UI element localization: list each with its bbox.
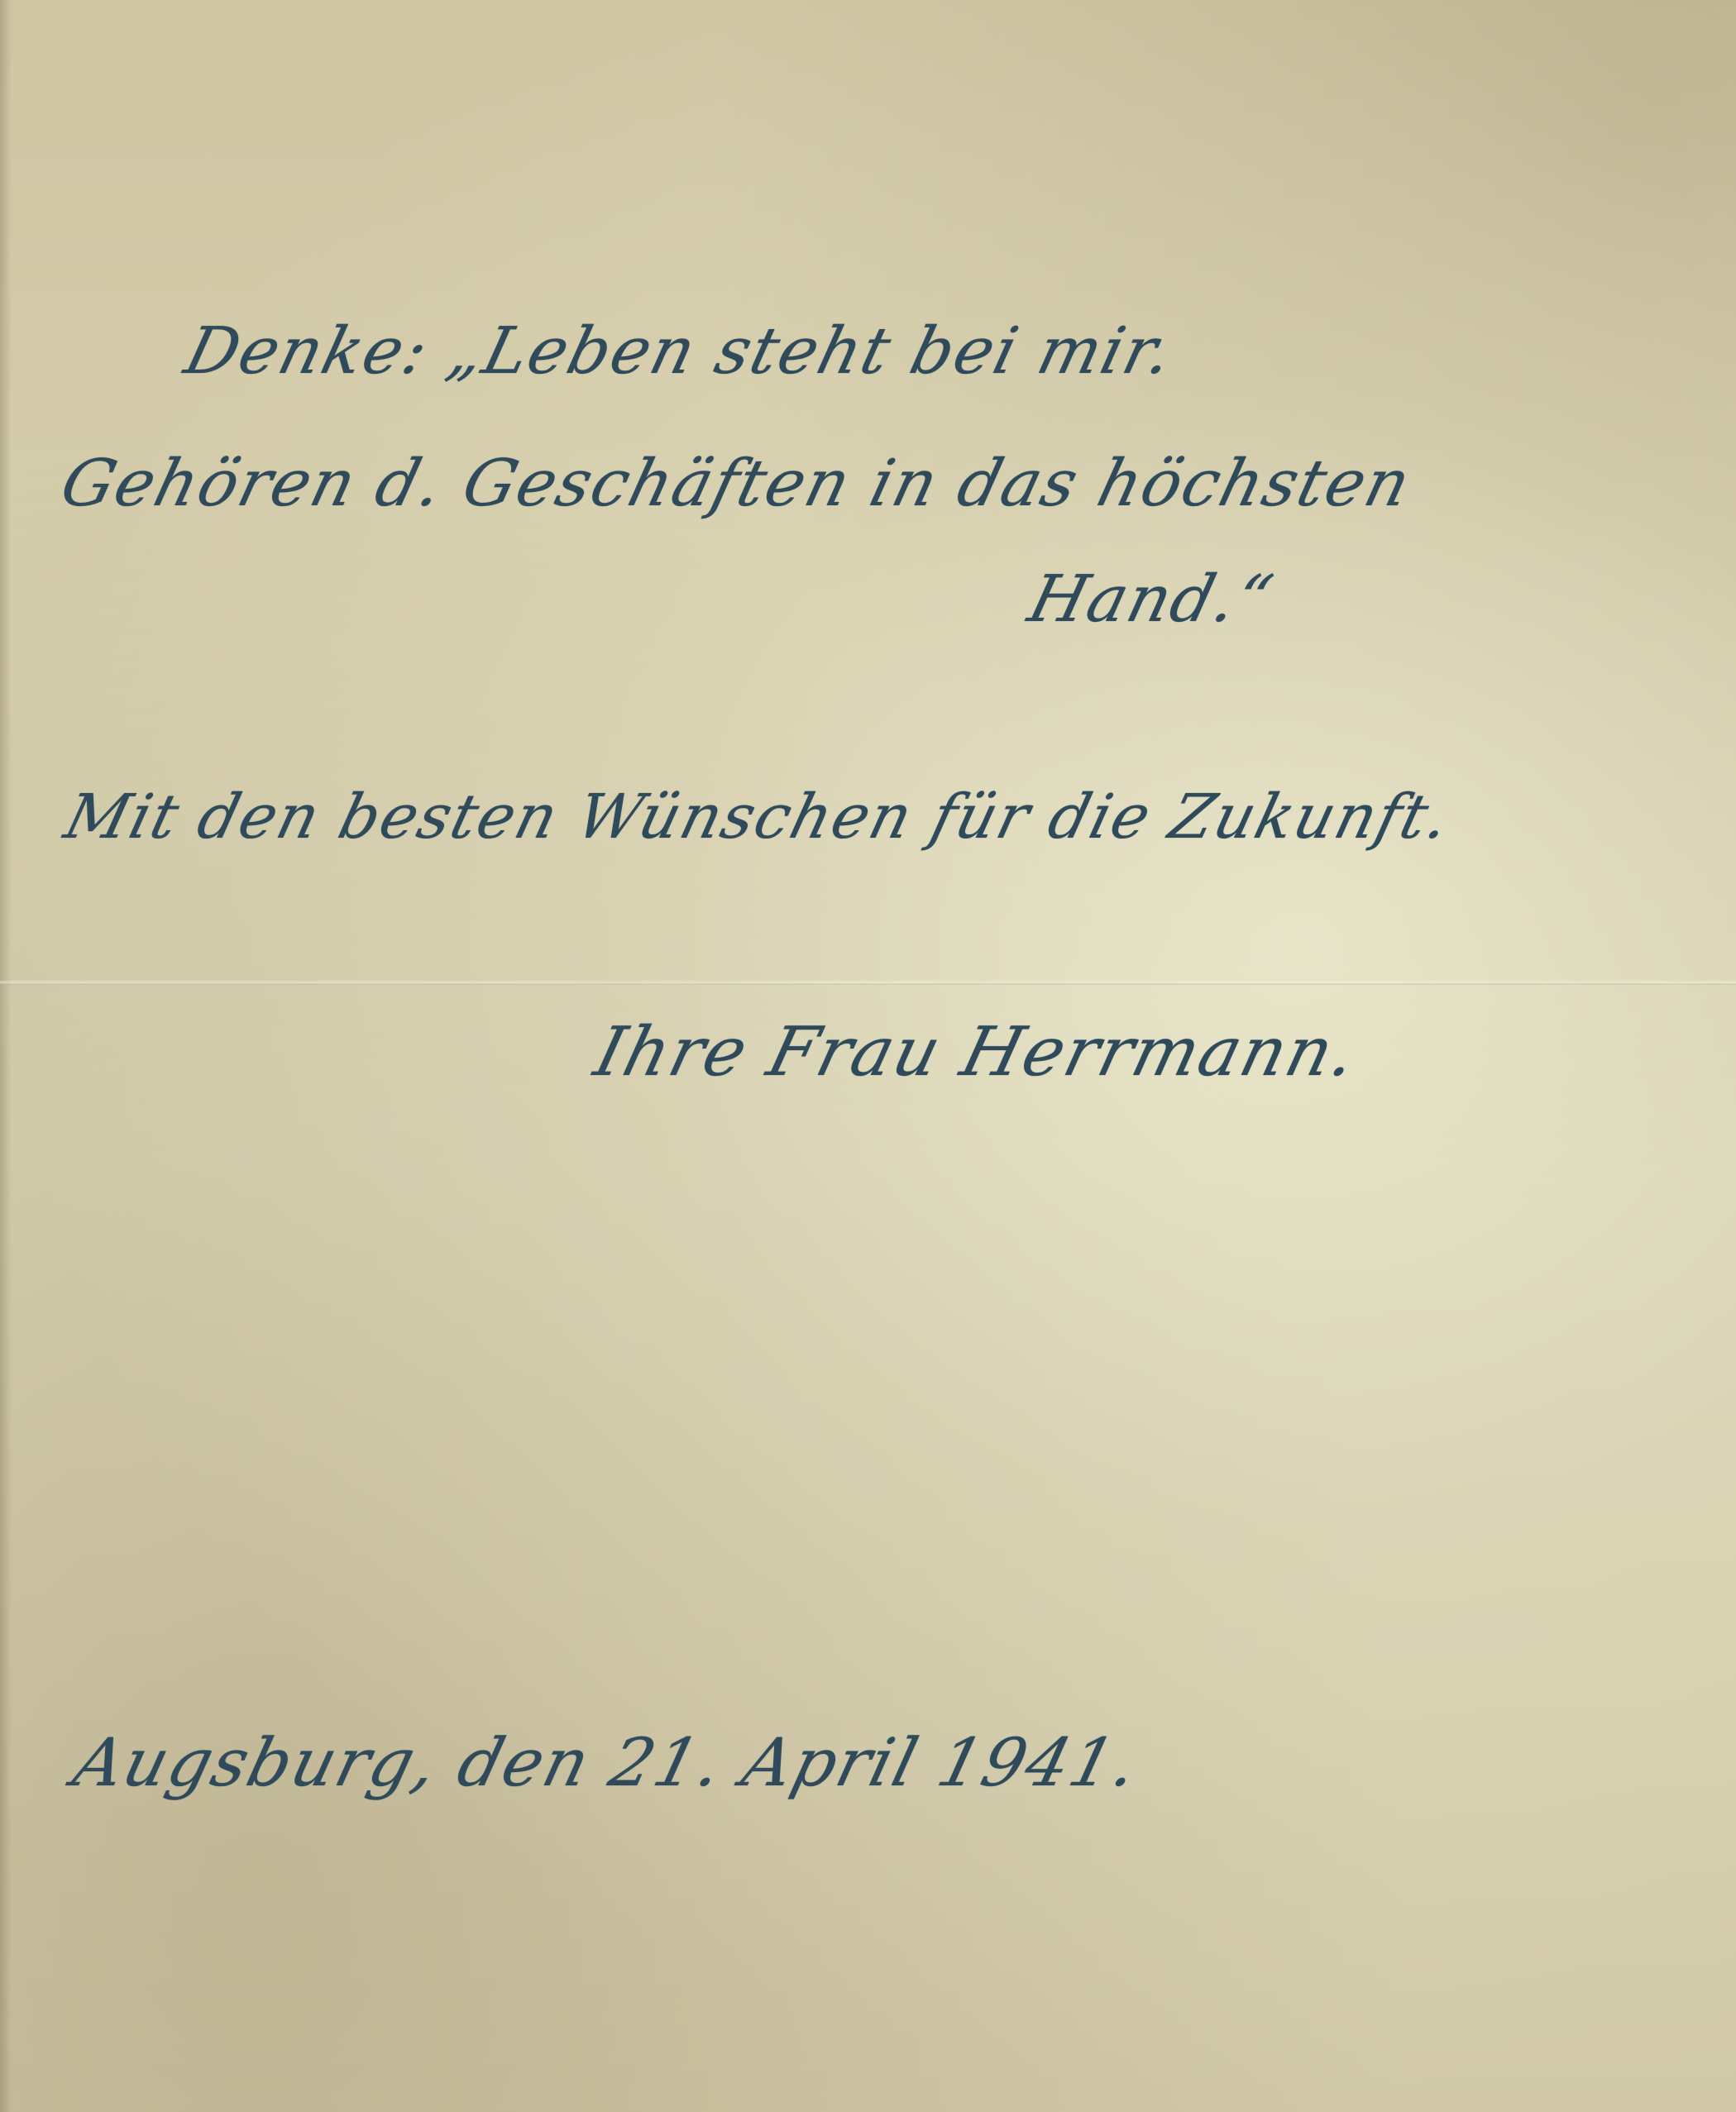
closing-wishes: Mit den besten Wünschen für die Zukunft.	[58, 781, 1458, 853]
quote-line-1: Denke: „Leben steht bei mir.	[178, 314, 1182, 389]
place-date: Augsburg, den 21. April 1941.	[66, 1724, 1147, 1801]
quote-line-3: Hand.“	[1021, 562, 1281, 637]
signature: Ihre Frau Herrmann.	[587, 1013, 1365, 1092]
quote-line-2: Gehören d. Geschäften in das höchsten	[54, 447, 1419, 521]
paper-fold-line	[0, 980, 1736, 985]
paper-edge-shadow	[0, 0, 12, 2112]
letter-paper: Denke: „Leben steht bei mir. Gehören d. …	[0, 0, 1736, 2112]
